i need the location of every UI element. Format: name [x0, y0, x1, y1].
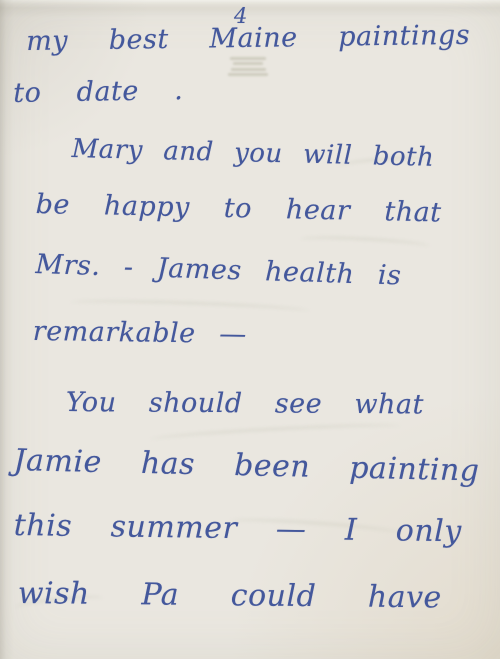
- show-through-line: [228, 73, 268, 76]
- handwritten-line-7: You should see what: [66, 387, 424, 420]
- show-through-line: [231, 68, 266, 71]
- show-through-line: [230, 57, 266, 60]
- ink-show-through: [70, 298, 310, 316]
- ink-show-through: [300, 235, 430, 252]
- letter-page: 4 my best Maine paintings to date . Mary…: [0, 0, 500, 659]
- show-through-line: [233, 62, 263, 65]
- handwritten-line-8: Jamie has been painting: [13, 443, 480, 489]
- ink-show-through: [150, 421, 400, 444]
- handwritten-line-2: to date .: [13, 75, 184, 109]
- handwritten-line-4: be happy to hear that: [35, 189, 442, 228]
- handwritten-line-1: my best Maine paintings: [26, 20, 470, 57]
- handwritten-line-9: this summer — I only: [14, 508, 462, 549]
- handwritten-line-6: remarkable —: [33, 316, 247, 350]
- handwritten-line-3: Mary and you will both: [71, 134, 432, 173]
- handwritten-line-10: wish Pa could have: [18, 576, 442, 615]
- letterhead-show-through: [226, 54, 270, 79]
- handwritten-line-5: Mrs. - James health is: [35, 249, 402, 291]
